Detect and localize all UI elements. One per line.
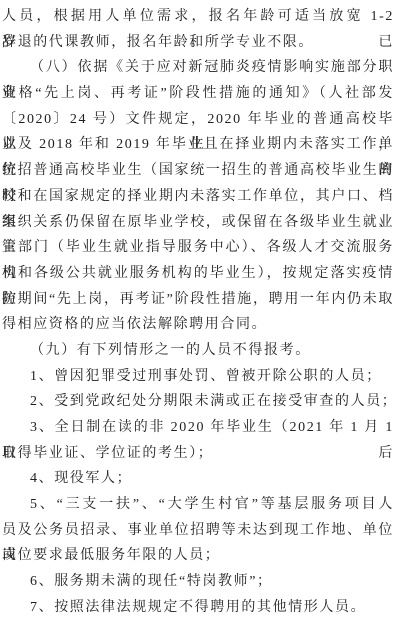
text-line: 时和在国家规定的择业期内未落实工作单位，其户口、档案、 xyxy=(2,184,394,210)
text-line: （八）依据《关于应对新冠肺炎疫情影响实施部分职业 xyxy=(2,55,394,81)
text-line: 员及公务员招录、事业单位招聘等未达到现工作地、单位或 xyxy=(2,518,394,544)
text-line: 构和各级公共就业服务机构的毕业生），按规定落实疫情防 xyxy=(2,261,394,287)
text-line: 2、受到党政纪处分期限未满或正在接受审查的人员； xyxy=(2,389,394,415)
text-line: 5、“三支一扶”、“大学生村官”等基层服务项目人 xyxy=(2,492,394,518)
text-line: 7、按照法律法规规定不得聘用的其他情形人员。 xyxy=(2,595,394,621)
text-line: 人员，根据用人单位需求，报名年龄可适当放宽 1-2 岁。已 xyxy=(2,4,394,30)
text-line: 管部门（毕业生就业指导服务中心）、各级人才交流服务机 xyxy=(2,235,394,261)
text-line: 岗位要求最低服务年限的人员； xyxy=(2,543,394,569)
text-line: 〔2020〕24 号）文件规定，2020 年毕业的普通高校毕业生， xyxy=(2,107,394,133)
text-line: 6、服务期未满的现任“特岗教师”； xyxy=(2,569,394,595)
text-line: （九）有下列情形之一的人员不得报考。 xyxy=(2,338,394,364)
text-line: 以及 2018 年和 2019 年毕业且在择业期内未落实工作单位的 xyxy=(2,132,394,158)
text-line: 资格“先上岗、再考证”阶段性措施的通知》（人社部发 xyxy=(2,81,394,107)
document-page: 人员，根据用人单位需求，报名年龄可适当放宽 1-2 岁。已 辞退的代课教师，报名… xyxy=(0,0,403,621)
text-line: 3、全日制在读的非 2020 年毕业生（2021 年 1 月 1 日后 xyxy=(2,415,394,441)
text-line: 4、现役军人； xyxy=(2,466,394,492)
text-line: 得相应资格的应当依法解除聘用合同。 xyxy=(2,312,394,338)
text-line: 统招普通高校毕业生（国家统一招生的普通高校毕业生离校 xyxy=(2,158,394,184)
text-line: 控期间“先上岗，再考证”阶段性措施，聘用一年内仍未取 xyxy=(2,287,394,313)
text-line: 组织关系仍保留在原毕业学校，或保留在各级毕业生就业主 xyxy=(2,210,394,236)
text-line: 1、曾因犯罪受过刑事处罚、曾被开除公职的人员； xyxy=(2,364,394,390)
